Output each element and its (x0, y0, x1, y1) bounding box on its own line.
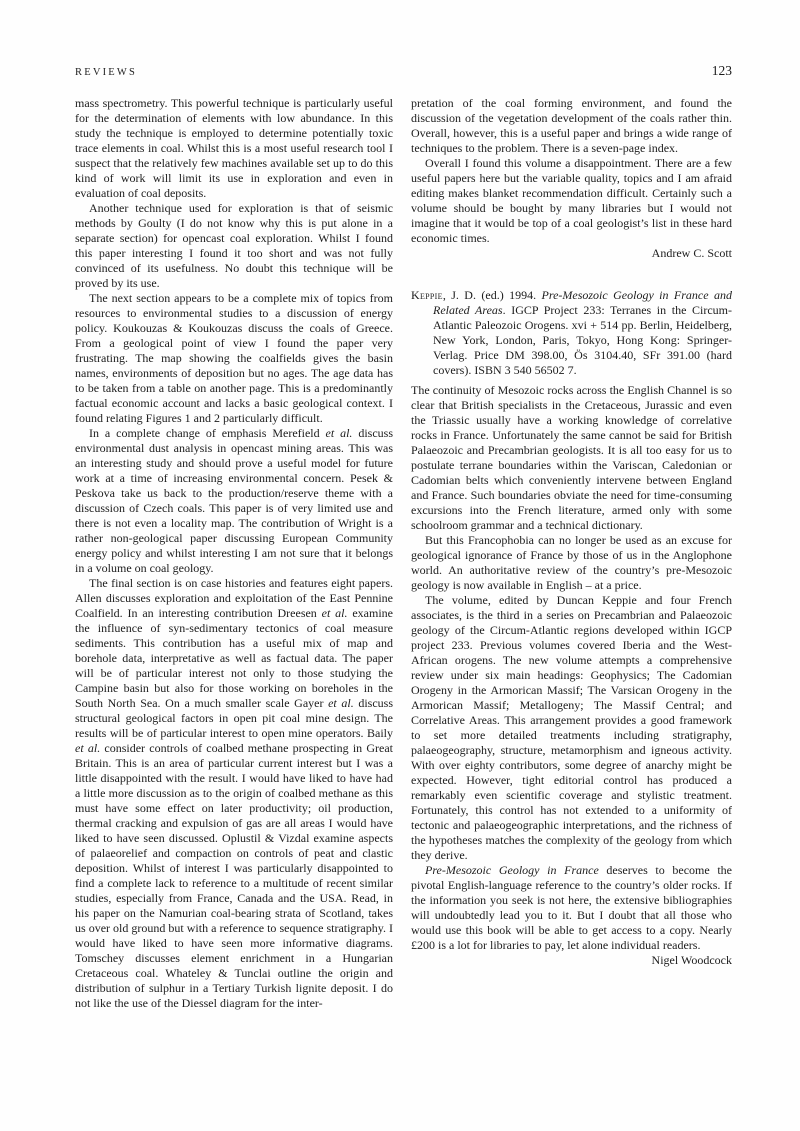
running-head: REVIEWS 123 (75, 63, 732, 79)
body-paragraph: The final section is on case histories a… (75, 576, 393, 1011)
body-paragraph: pretation of the coal forming environmen… (411, 96, 732, 156)
page-number: 123 (712, 63, 732, 79)
body-paragraph: In a complete change of emphasis Merefie… (75, 426, 393, 576)
body-paragraph: The volume, edited by Duncan Keppie and … (411, 593, 732, 863)
body-paragraph: The next section appears to be a complet… (75, 291, 393, 426)
right-column: pretation of the coal forming environmen… (411, 96, 732, 968)
body-paragraph: Another technique used for exploration i… (75, 201, 393, 291)
reviewer-signature: Nigel Woodcock (411, 953, 732, 968)
book-citation: Keppie, J. D. (ed.) 1994. Pre-Mesozoic G… (411, 288, 732, 378)
body-paragraph: Pre-Mesozoic Geology in France deserves … (411, 863, 732, 953)
body-paragraph: The continuity of Mesozoic rocks across … (411, 383, 732, 533)
left-column: mass spectrometry. This powerful techniq… (75, 96, 393, 1011)
section-label: REVIEWS (75, 67, 137, 78)
reviewer-signature: Andrew C. Scott (411, 246, 732, 261)
body-paragraph: But this Francophobia can no longer be u… (411, 533, 732, 593)
body-paragraph: mass spectrometry. This powerful techniq… (75, 96, 393, 201)
journal-page: REVIEWS 123 mass spectrometry. This powe… (0, 0, 800, 1131)
body-paragraph: Overall I found this volume a disappoint… (411, 156, 732, 246)
